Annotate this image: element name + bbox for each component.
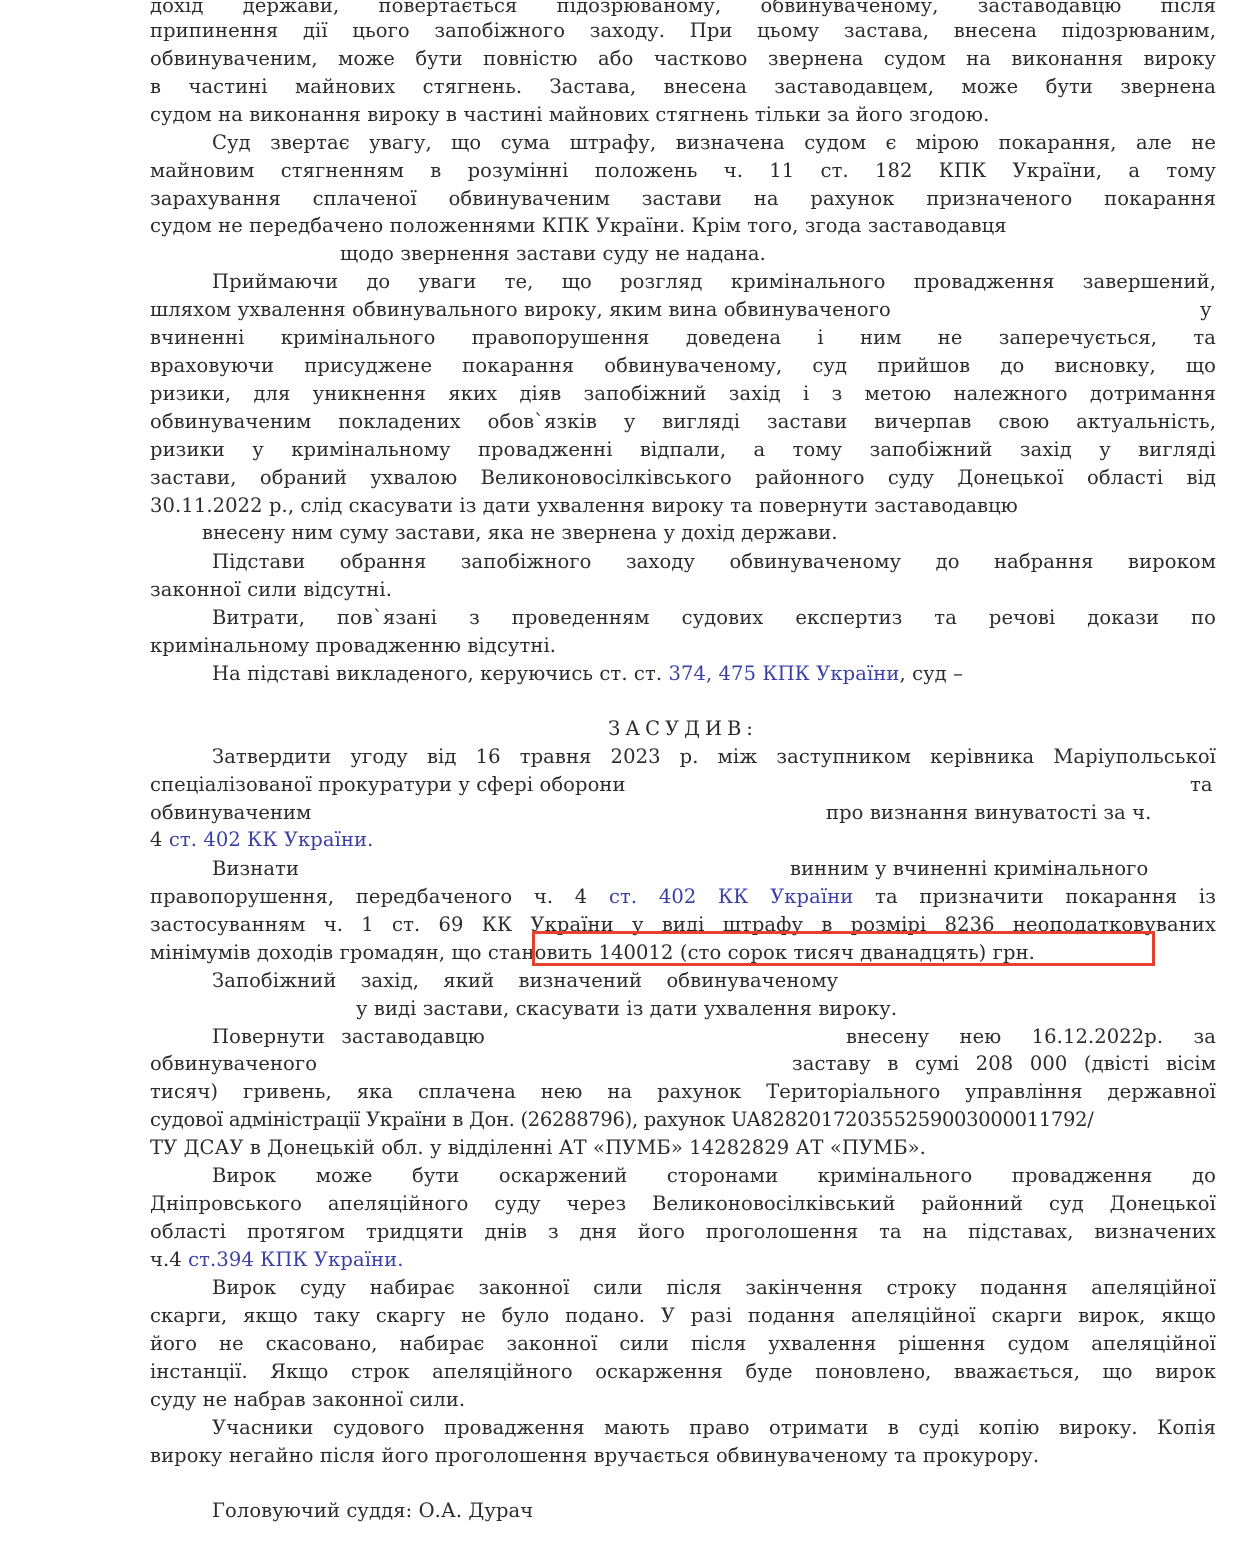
text-line: його не скасовано, набирає законної сили… [150,1330,1216,1358]
text-line: обвинуваченим, може бути повністю або ча… [150,45,1216,73]
text-line: Запобіжний захід, який визначений обвину… [212,967,838,995]
text-line: спеціалізованої прокуратури у сфері обор… [150,771,626,799]
text-line: вироку негайно після його проголошення в… [150,1442,1039,1470]
text-line: 4 ст. 402 КК України. [150,826,373,854]
text-line: припинення дії цього запобіжного заходу.… [150,17,1216,45]
text-line: в частині майнових стягнень. Застава, вн… [150,73,1216,101]
text-line: зарахування сплаченої обвинуваченим заст… [150,185,1216,213]
text-line: Вирок може бути оскаржений сторонами кри… [212,1162,1216,1190]
text-line: судом не передбачено положеннями КПК Укр… [150,212,1007,240]
text-line: обвинуваченим [150,799,311,827]
text-line: скарги, якщо таку скаргу не було подано.… [150,1302,1216,1330]
text-line: ТУ ДСАУ в Донецькій обл. у відділенні АТ… [150,1134,926,1162]
text-line: На підставі викладеного, керуючись ст. с… [212,660,963,688]
text-line: шляхом ухвалення обвинувального вироку, … [150,296,891,324]
text-segment: та призначити покарання із [853,885,1216,908]
text-line: області протягом тридцяти днів з дня йог… [150,1218,1216,1246]
text-line: внесену нею 16.12.2022р. за [846,1023,1216,1051]
text-line: законної сили відсутні. [150,576,392,604]
text-line: Підстави обрання запобіжного заходу обви… [212,548,1216,576]
text-line: Визнати [212,855,299,883]
text-line: у виді застави, скасувати із дати ухвале… [356,995,897,1023]
text-line: ризики у кримінальному провадженні відпа… [150,436,1216,464]
verdict-heading: ЗАСУДИВ: [150,715,1216,743]
text-line: майновим стягненням в розумінні положень… [150,157,1216,185]
text-segment: мінімумів доходів громадян, що [150,941,488,964]
text-line: ч.4 ст.394 КПК України. [150,1246,404,1274]
text-segment: 4 [150,828,169,851]
text-line: у [1200,296,1212,324]
law-link-394[interactable]: ст.394 КПК України. [188,1248,403,1271]
text-line: Затвердити угоду від 16 травня 2023 р. м… [212,743,1216,771]
text-line: 30.11.2022 р., слід скасувати із дати ух… [150,492,1018,520]
law-link-374-475[interactable]: 374, 475 КПК України [668,662,899,685]
text-line: винним у вчиненні кримінального [790,855,1148,883]
text-line: та [1190,771,1213,799]
text-line: обвинуваченого [150,1050,317,1078]
law-link-402[interactable]: ст. 402 КК України [609,885,853,908]
text-line: Вирок суду набирає законної сили після з… [212,1274,1216,1302]
law-link-402[interactable]: ст. 402 КК України. [169,828,374,851]
text-line: Дніпровського апеляційного суду через Ве… [150,1190,1216,1218]
text-line: кримінальному провадженню відсутні. [150,632,556,660]
text-segment: На підставі викладеного, керуючись ст. с… [212,662,668,685]
text-line: Повернути заставодавцю [212,1023,485,1051]
text-line: Приймаючи до уваги те, що розгляд кримін… [212,268,1216,296]
text-line: правопорушення, передбаченого ч. 4 ст. 4… [150,883,1216,911]
text-line: про визнання винуватості за ч. [826,799,1151,827]
text-line: застави, обраний ухвалою Великоновосілкі… [150,464,1216,492]
judge-signature: Головуючий суддя: О.А. Дурач [212,1497,533,1525]
text-line: враховуючи присуджене покарання обвинува… [150,352,1216,380]
text-segment: ч.4 [150,1248,188,1271]
text-line: обвинуваченим покладених обов`язків у ви… [150,408,1216,436]
text-line: суду не набрав законної сили. [150,1386,465,1414]
highlight-annotation-box [532,931,1155,966]
text-line: заставу в сумі 208 000 (двісті вісім [792,1050,1216,1078]
text-segment: правопорушення, передбаченого ч. 4 [150,885,609,908]
text-line: Витрати, пов`язані з проведенням судових… [212,604,1216,632]
text-segment: , суд – [899,662,962,685]
text-line: інстанції. Якщо строк апеляційного оскар… [150,1358,1216,1386]
text-line: вчиненні кримінального правопорушення до… [150,324,1216,352]
text-line: внесену ним суму застави, яка не звернен… [202,519,838,547]
text-line: Учасники судового провадження мають прав… [212,1414,1216,1442]
text-line: щодо звернення застави суду не надана. [340,240,766,268]
text-line: ризики, для уникнення яких діяв запобіжн… [150,380,1216,408]
text-line: судової адміністрації України в Дон. (26… [150,1106,1094,1134]
text-line: тисяч) гривень, яка сплачена нею на раху… [150,1078,1216,1106]
text-line: судом на виконання вироку в частині майн… [150,101,989,129]
text-line: Суд звертає увагу, що сума штрафу, визна… [212,129,1216,157]
